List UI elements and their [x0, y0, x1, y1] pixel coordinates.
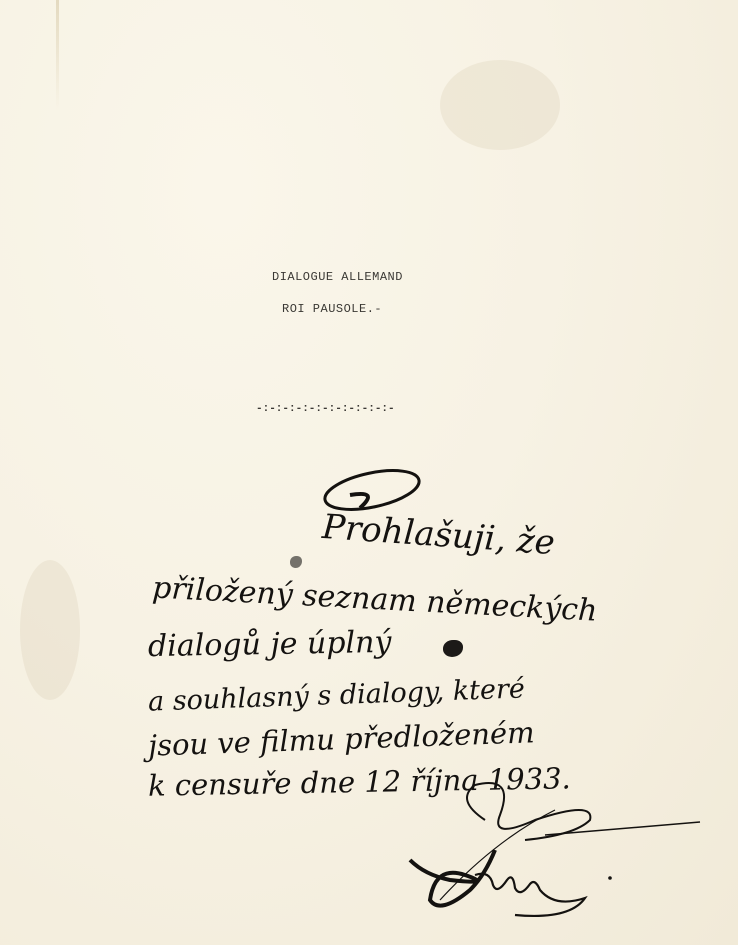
typed-heading-line2: ROI PAUSOLE.- [282, 302, 382, 316]
typed-heading-line1: DIALOGUE ALLEMAND [272, 270, 403, 284]
paper-stain [20, 560, 80, 700]
handwritten-line: dialogů je úplný [148, 625, 392, 664]
paper-crease [56, 0, 59, 110]
paper-stain [440, 60, 560, 150]
typed-separator: -:-:-:-:-:-:-:-:-:-:- [256, 403, 395, 415]
signature-icon [395, 780, 715, 930]
